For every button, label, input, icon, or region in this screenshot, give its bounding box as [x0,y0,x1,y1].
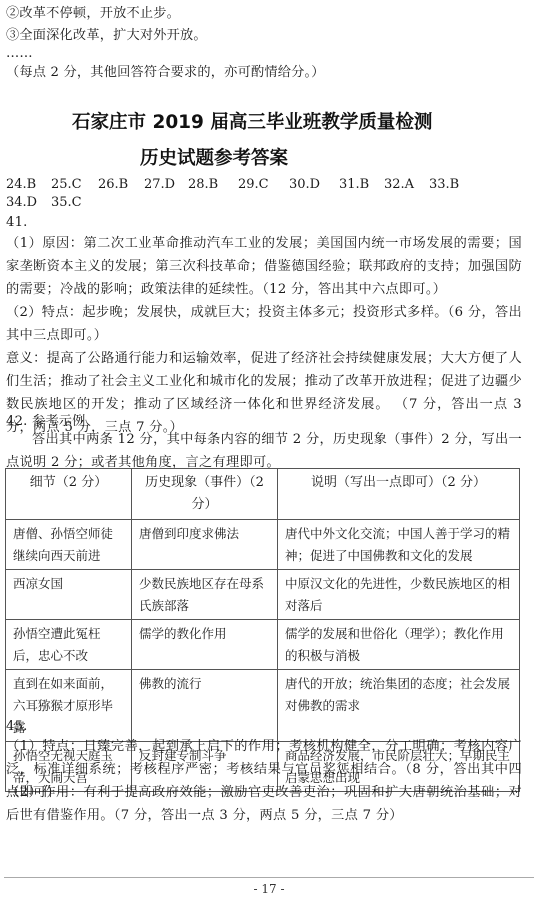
cell-detail: 唐僧、孙悟空师徒继续向西天前进 [6,520,132,570]
answer-34: 34.D [6,194,37,212]
answer-29: 29.C [238,176,269,194]
q45-number: 45. [6,718,528,735]
q45-part2-effects: （2）作用：有利于提高政府效能；激励官吏改善吏治；巩固和扩大唐朝统治基础；对后世… [6,781,522,827]
q41-number: 41. [6,214,528,231]
answer-28: 28.B [188,176,218,194]
table-row: 唐僧、孙悟空师徒继续向西天前进 唐僧到印度求佛法 唐代中外文化交流；中国人善于学… [6,520,520,570]
answer-31: 31.B [339,176,369,194]
answer-25: 25.C [51,176,82,194]
cell-phenomenon: 少数民族地区存在母系氏族部落 [132,570,278,620]
cell-phenomenon: 唐僧到印度求佛法 [132,520,278,570]
cell-detail: 孙悟空遭此冤枉后，忠心不改 [6,620,132,670]
cell-explanation: 唐代中外文化交流；中国人善于学习的精神；促进了中国佛教和文化的发展 [278,520,520,570]
answer-24: 24.B [6,176,36,194]
footer-divider [4,877,534,878]
choice-answers: 24.B 25.C 26.B 27.D 28.B 29.C 30.D 31.B … [6,176,526,216]
table-row: 西凉女国 少数民族地区存在母系氏族部落 中原汉文化的先进性，少数民族地区的相对落… [6,570,520,620]
q41-part1-reasons: （1）原因：第二次工业革命推动汽车工业的发展；美国国内统一市场发展的需要；国家垄… [6,232,522,301]
prev-answer-item-2: ②改革不停顿，开放不止步。 [6,5,528,22]
answer-27: 27.D [144,176,175,194]
cell-detail: 西凉女国 [6,570,132,620]
prev-answer-item-3: ③全面深化改革，扩大对外开放。 [6,27,528,44]
table-header-row: 细节（2 分） 历史现象（事件）（2 分） 说明（写出一点即可）（2 分） [6,469,520,520]
header-detail: 细节（2 分） [6,469,132,520]
page-number: - 17 - [0,882,538,896]
prev-answer-ellipsis: …… [6,45,528,62]
cell-phenomenon: 儒学的教化作用 [132,620,278,670]
table-row: 孙悟空遭此冤枉后，忠心不改 儒学的教化作用 儒学的发展和世俗化（理学）；教化作用… [6,620,520,670]
header-explanation: 说明（写出一点即可）（2 分） [278,469,520,520]
answer-33: 33.B [429,176,459,194]
header-phenomenon: 历史现象（事件）（2 分） [132,469,278,520]
cell-explanation: 儒学的发展和世俗化（理学）；教化作用的积极与消极 [278,620,520,670]
answer-35: 35.C [51,194,82,212]
answer-32: 32.A [384,176,414,194]
document-subtitle: 历史试题参考答案 [140,144,288,170]
document-title: 石家庄市 2019 届高三毕业班教学质量检测 [72,108,432,134]
answer-26: 26.B [98,176,128,194]
prev-scoring-note: （每点 2 分，其他回答符合要求的，亦可酌情给分。） [6,64,528,81]
cell-explanation: 中原汉文化的先进性，少数民族地区的相对落后 [278,570,520,620]
answer-30: 30.D [289,176,320,194]
q41-part2-features: （2）特点：起步晚；发展快，成就巨大；投资主体多元；投资形式多样。（6 分，答出… [6,301,522,347]
